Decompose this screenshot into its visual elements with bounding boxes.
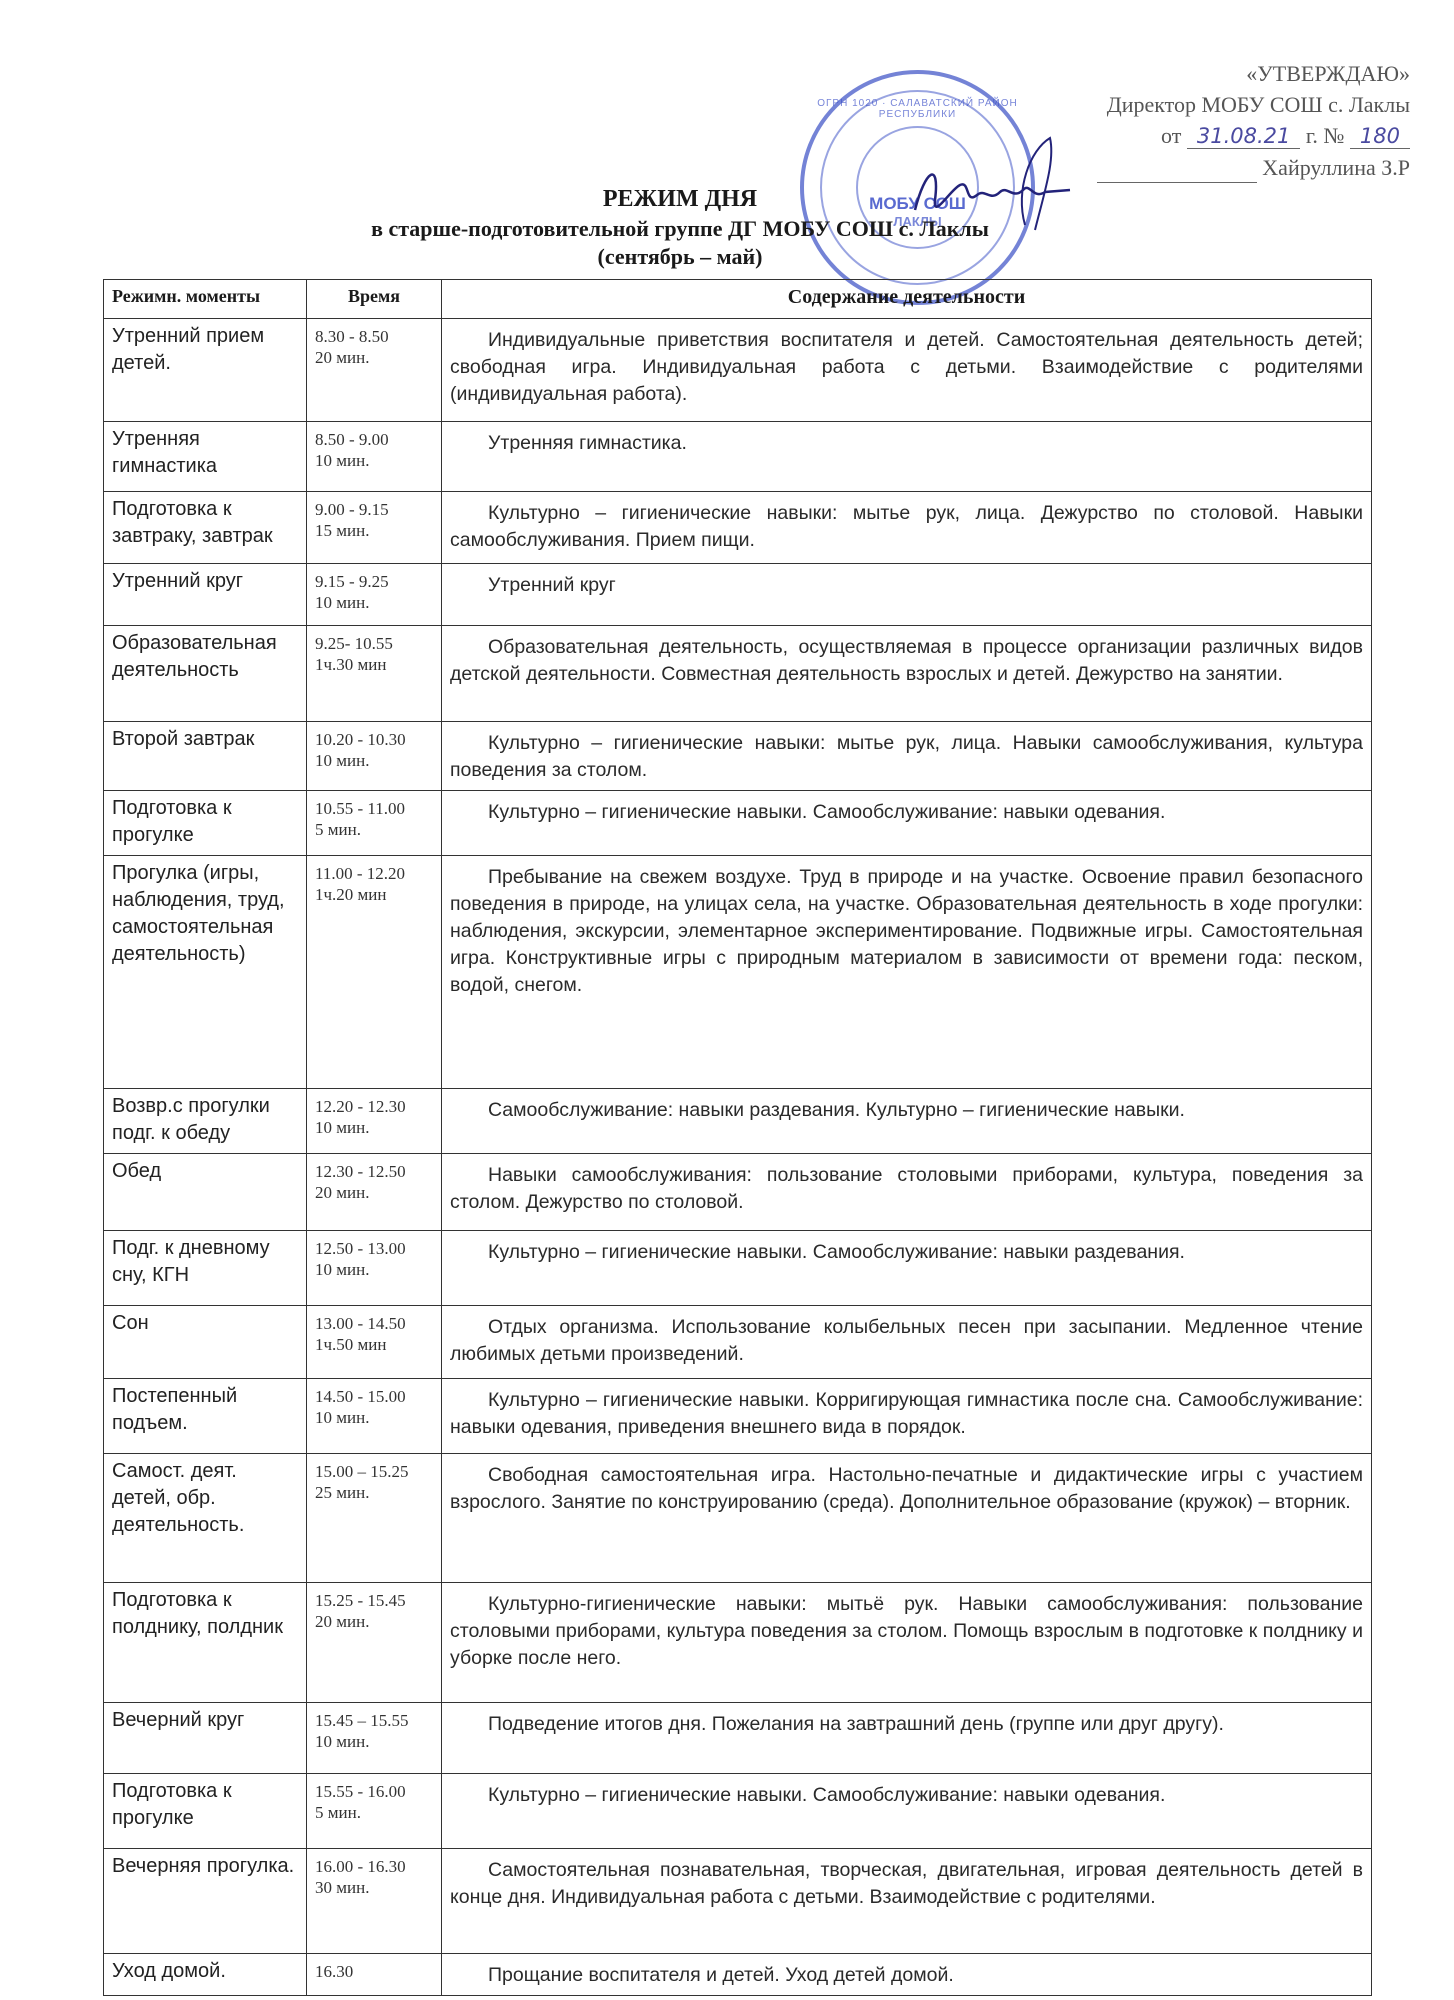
time-range: 12.50 - 13.00 <box>315 1238 433 1259</box>
cell-time: 13.00 - 14.501ч.50 мин <box>307 1306 442 1379</box>
duration: 1ч.20 мин <box>315 884 433 905</box>
time-range: 10.20 - 10.30 <box>315 729 433 750</box>
duration: 5 мин. <box>315 1802 433 1823</box>
cell-moment: Постепенный подъем. <box>104 1379 307 1454</box>
date-prefix: от <box>1161 123 1181 148</box>
cell-content: Культурно – гигиенические навыки. Корриг… <box>442 1379 1372 1454</box>
cell-content: Самостоятельная познавательная, творческ… <box>442 1849 1372 1954</box>
cell-content: Культурно – гигиенические навыки. Самооб… <box>442 1774 1372 1849</box>
table-row: Уход домой.16.30Прощание воспитателя и д… <box>104 1954 1372 1996</box>
cell-time: 14.50 - 15.0010 мин. <box>307 1379 442 1454</box>
time-range: 12.30 - 12.50 <box>315 1161 433 1182</box>
cell-moment: Подг. к дневному сну, КГН <box>104 1231 307 1306</box>
cell-moment: Утренняя гимнастика <box>104 422 307 492</box>
cell-content: Навыки самообслуживания: пользование сто… <box>442 1154 1372 1231</box>
table-row: Возвр.с прогулки подг. к обеду12.20 - 12… <box>104 1089 1372 1154</box>
duration: 15 мин. <box>315 520 433 541</box>
duration: 1ч.30 мин <box>315 654 433 675</box>
document-period: (сентябрь – май) <box>300 244 1060 270</box>
cell-content: Индивидуальные приветствия воспитателя и… <box>442 319 1372 422</box>
duration: 20 мин. <box>315 1182 433 1203</box>
cell-moment: Подготовка к прогулке <box>104 1774 307 1849</box>
duration: 25 мин. <box>315 1482 433 1503</box>
time-range: 15.25 - 15.45 <box>315 1590 433 1611</box>
table-row: Утренний круг9.15 - 9.2510 мин.Утренний … <box>104 564 1372 626</box>
cell-time: 16.00 - 16.3030 мин. <box>307 1849 442 1954</box>
table-row: Подг. к дневному сну, КГН12.50 - 13.0010… <box>104 1231 1372 1306</box>
cell-moment: Утренний круг <box>104 564 307 626</box>
table-row: Сон13.00 - 14.501ч.50 минОтдых организма… <box>104 1306 1372 1379</box>
cell-moment: Самост. деят. детей, обр. деятельность. <box>104 1454 307 1583</box>
cell-time: 9.25- 10.551ч.30 мин <box>307 626 442 722</box>
duration: 10 мин. <box>315 1407 433 1428</box>
cell-time: 15.00 – 15.2525 мин. <box>307 1454 442 1583</box>
table-row: Подготовка к полднику, полдник15.25 - 15… <box>104 1583 1372 1703</box>
cell-content: Культурно – гигиенические навыки. Самооб… <box>442 791 1372 856</box>
time-range: 8.30 - 8.50 <box>315 326 433 347</box>
time-range: 9.25- 10.55 <box>315 633 433 654</box>
cell-moment: Возвр.с прогулки подг. к обеду <box>104 1089 307 1154</box>
approval-heading: «УТВЕРЖДАЮ» <box>990 58 1410 89</box>
cell-moment: Подготовка к прогулке <box>104 791 307 856</box>
cell-content: Утренний круг <box>442 564 1372 626</box>
header-moments: Режимн. моменты <box>104 280 307 319</box>
duration: 20 мин. <box>315 1611 433 1632</box>
time-range: 15.55 - 16.00 <box>315 1781 433 1802</box>
time-range: 12.20 - 12.30 <box>315 1096 433 1117</box>
table-row: Подготовка к прогулке10.55 - 11.005 мин.… <box>104 791 1372 856</box>
cell-moment: Сон <box>104 1306 307 1379</box>
cell-moment: Уход домой. <box>104 1954 307 1996</box>
cell-content: Культурно – гигиенические навыки. Самооб… <box>442 1231 1372 1306</box>
cell-content: Пребывание на свежем воздухе. Труд в при… <box>442 856 1372 1089</box>
duration: 10 мин. <box>315 450 433 471</box>
table-row: Прогулка (игры, наблюдения, труд, самост… <box>104 856 1372 1089</box>
time-range: 8.50 - 9.00 <box>315 429 433 450</box>
table-row: Подготовка к завтраку, завтрак9.00 - 9.1… <box>104 492 1372 564</box>
cell-time: 10.20 - 10.3010 мин. <box>307 722 442 791</box>
duration: 10 мин. <box>315 750 433 771</box>
table-row: Вечерняя прогулка.16.00 - 16.3030 мин.Са… <box>104 1849 1372 1954</box>
cell-time: 11.00 - 12.201ч.20 мин <box>307 856 442 1089</box>
time-range: 10.55 - 11.00 <box>315 798 433 819</box>
time-range: 15.00 – 15.25 <box>315 1461 433 1482</box>
approval-position: Директор МОБУ СОШ с. Лаклы <box>990 89 1410 120</box>
duration: 30 мин. <box>315 1877 433 1898</box>
time-range: 9.15 - 9.25 <box>315 571 433 592</box>
cell-content: Образовательная деятельность, осуществля… <box>442 626 1372 722</box>
duration: 5 мин. <box>315 819 433 840</box>
stamp-ring-text: ОГРН 1020 · САЛАВАТСКИЙ РАЙОН РЕСПУБЛИКИ <box>804 98 1031 120</box>
handwritten-date: 31.08.21 <box>1187 124 1301 149</box>
cell-time: 8.50 - 9.0010 мин. <box>307 422 442 492</box>
daily-schedule-table: Режимн. моменты Время Содержание деятель… <box>103 279 1372 1996</box>
duration: 10 мин. <box>315 1731 433 1752</box>
cell-content: Культурно – гигиенические навыки: мытье … <box>442 492 1372 564</box>
cell-time: 12.50 - 13.0010 мин. <box>307 1231 442 1306</box>
cell-time: 12.30 - 12.5020 мин. <box>307 1154 442 1231</box>
cell-moment: Вечерняя прогулка. <box>104 1849 307 1954</box>
cell-time: 10.55 - 11.005 мин. <box>307 791 442 856</box>
handwritten-number: 180 <box>1350 124 1410 149</box>
time-range: 15.45 – 15.55 <box>315 1710 433 1731</box>
cell-moment: Подготовка к завтраку, завтрак <box>104 492 307 564</box>
table-row: Вечерний круг15.45 – 15.5510 мин.Подведе… <box>104 1703 1372 1774</box>
time-range: 11.00 - 12.20 <box>315 863 433 884</box>
duration: 10 мин. <box>315 1117 433 1138</box>
time-range: 16.00 - 16.30 <box>315 1856 433 1877</box>
cell-content: Прощание воспитателя и детей. Уход детей… <box>442 1954 1372 1996</box>
cell-content: Утренняя гимнастика. <box>442 422 1372 492</box>
cell-moment: Утренний прием детей. <box>104 319 307 422</box>
cell-time: 9.00 - 9.1515 мин. <box>307 492 442 564</box>
cell-content: Культурно-гигиенические навыки: мытьё ру… <box>442 1583 1372 1703</box>
table-row: Подготовка к прогулке15.55 - 16.005 мин.… <box>104 1774 1372 1849</box>
table-row: Постепенный подъем.14.50 - 15.0010 мин.К… <box>104 1379 1372 1454</box>
table-row: Образовательная деятельность9.25- 10.551… <box>104 626 1372 722</box>
cell-time: 15.25 - 15.4520 мин. <box>307 1583 442 1703</box>
cell-time: 15.55 - 16.005 мин. <box>307 1774 442 1849</box>
cell-time: 9.15 - 9.2510 мин. <box>307 564 442 626</box>
table-row: Обед12.30 - 12.5020 мин.Навыки самообслу… <box>104 1154 1372 1231</box>
cell-moment: Второй завтрак <box>104 722 307 791</box>
time-range: 16.30 <box>315 1961 433 1982</box>
cell-content: Культурно – гигиенические навыки: мытье … <box>442 722 1372 791</box>
table-row: Самост. деят. детей, обр. деятельность.1… <box>104 1454 1372 1583</box>
table-row: Утренняя гимнастика8.50 - 9.0010 мин.Утр… <box>104 422 1372 492</box>
cell-time: 12.20 - 12.3010 мин. <box>307 1089 442 1154</box>
duration: 20 мин. <box>315 347 433 368</box>
time-range: 9.00 - 9.15 <box>315 499 433 520</box>
document-subtitle: в старше-подготовительной группе ДГ МОБУ… <box>300 216 1060 242</box>
number-prefix: г. № <box>1306 123 1345 148</box>
duration: 10 мин. <box>315 592 433 613</box>
cell-content: Подведение итогов дня. Пожелания на завт… <box>442 1703 1372 1774</box>
signer-name: Хайруллина З.Р <box>1262 155 1410 180</box>
cell-time: 16.30 <box>307 1954 442 1996</box>
cell-time: 15.45 – 15.5510 мин. <box>307 1703 442 1774</box>
cell-time: 8.30 - 8.5020 мин. <box>307 319 442 422</box>
time-range: 13.00 - 14.50 <box>315 1313 433 1334</box>
cell-content: Самообслуживание: навыки раздевания. Кул… <box>442 1089 1372 1154</box>
time-range: 14.50 - 15.00 <box>315 1386 433 1407</box>
table-header-row: Режимн. моменты Время Содержание деятель… <box>104 280 1372 319</box>
table-row: Утренний прием детей.8.30 - 8.5020 мин.И… <box>104 319 1372 422</box>
cell-content: Свободная самостоятельная игра. Настольн… <box>442 1454 1372 1583</box>
signature-line <box>1097 162 1257 183</box>
table-row: Второй завтрак10.20 - 10.3010 мин.Культу… <box>104 722 1372 791</box>
duration: 1ч.50 мин <box>315 1334 433 1355</box>
cell-moment: Подготовка к полднику, полдник <box>104 1583 307 1703</box>
document-title: РЕЖИМ ДНЯ <box>300 186 1060 213</box>
duration: 10 мин. <box>315 1259 433 1280</box>
header-content: Содержание деятельности <box>442 280 1372 319</box>
header-time: Время <box>307 280 442 319</box>
cell-moment: Обед <box>104 1154 307 1231</box>
cell-content: Отдых организма. Использование колыбельн… <box>442 1306 1372 1379</box>
cell-moment: Вечерний круг <box>104 1703 307 1774</box>
cell-moment: Прогулка (игры, наблюдения, труд, самост… <box>104 856 307 1089</box>
cell-moment: Образовательная деятельность <box>104 626 307 722</box>
